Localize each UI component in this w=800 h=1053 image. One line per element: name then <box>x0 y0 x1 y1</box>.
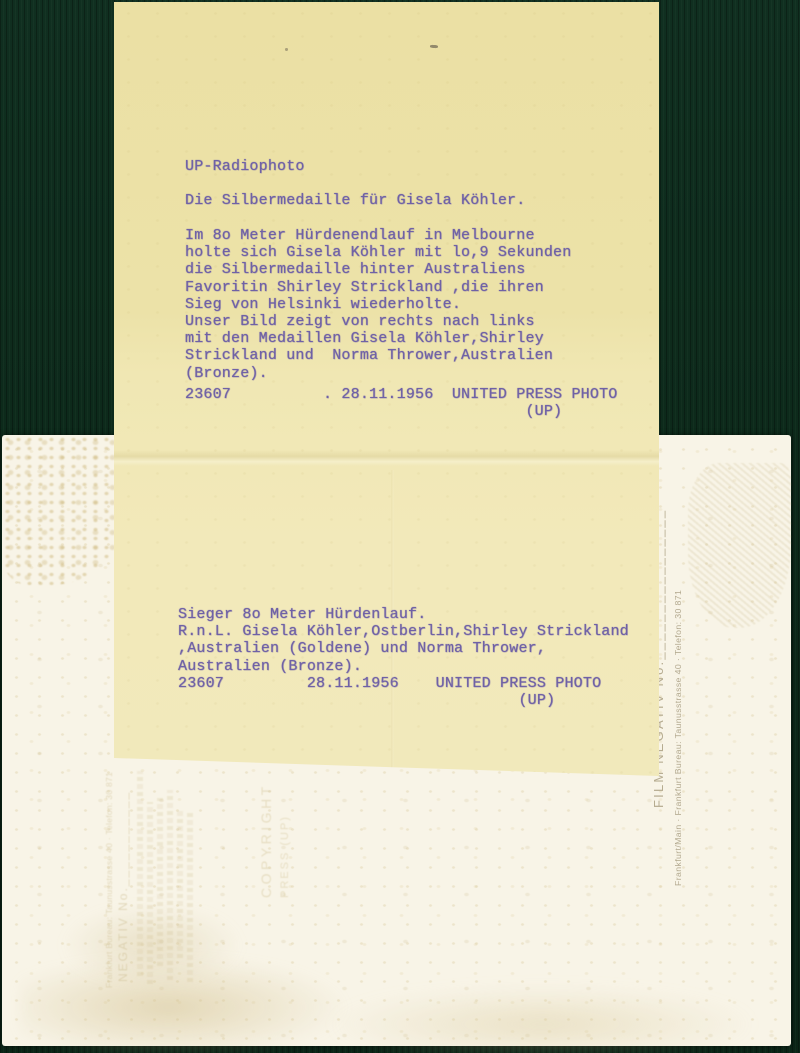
ghost-copyright-text: COPYRIGHT <box>258 772 274 898</box>
paper-stain <box>332 987 752 1049</box>
ghost-negative-number-line: NEGATIV No.___________ <box>114 755 133 988</box>
ink-speck <box>285 48 288 51</box>
ghost-bureau-address-line: Frankfurt Bureau: Taunusstrasse 40 · Tel… <box>104 755 114 988</box>
paper-stain <box>688 463 791 628</box>
ghost-fine-print-line <box>137 771 143 976</box>
ghost-fine-print-line <box>147 802 153 984</box>
caption-sheet: UP-Radiophoto Die Silbermedaille für Gis… <box>114 2 659 776</box>
ink-speck <box>430 45 438 48</box>
typed-caption-body: Im 8o Meter Hürdenendlauf in Melbourne h… <box>185 227 571 382</box>
ghost-fine-print-line <box>167 790 173 980</box>
bureau-address-line: Frankfurt/Main · Frankfurt Bureau: Taunu… <box>666 530 683 886</box>
ghost-press-text: PRESS (UP) <box>274 772 291 898</box>
typed-second-caption: Sieger 8o Meter Hürdenlauf. R.n.L. Gisel… <box>178 606 629 709</box>
ghost-fine-print-line <box>157 798 163 966</box>
ghost-fine-print-line <box>187 810 193 982</box>
typed-credit-line: 23607 . 28.11.1956 UNITED PRESS PHOTO (U… <box>185 386 617 420</box>
typed-agency-header: UP-Radiophoto <box>185 158 305 175</box>
scanned-press-photo-back: FILM NEGATIV No.________________ Frankfu… <box>0 0 800 1053</box>
ghost-print-block: Frankfurt Bureau: Taunusstrasse 40 · Tel… <box>104 755 236 988</box>
ghost-copyright-block: COPYRIGHT PRESS (UP) <box>258 772 304 898</box>
ghost-fine-print-line <box>177 808 183 958</box>
typed-caption-title: Die Silbermedaille für Gisela Köhler. <box>185 192 525 209</box>
paper-stain <box>2 435 130 585</box>
